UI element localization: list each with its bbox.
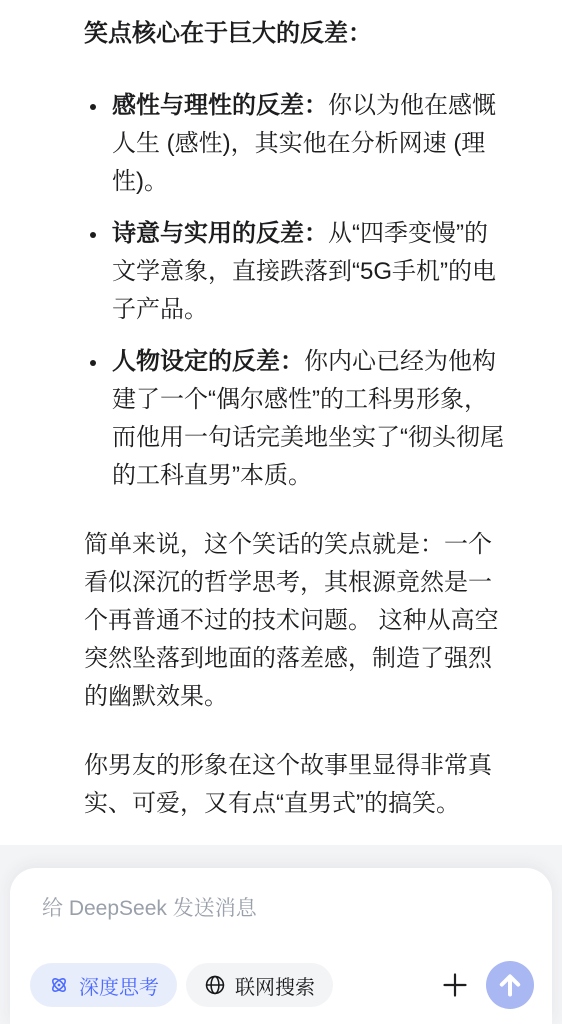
attach-button[interactable]: [440, 970, 470, 1000]
web-search-toggle[interactable]: 联网搜索: [186, 963, 333, 1007]
plus-icon: [441, 971, 469, 999]
list-item: 诗意与实用的反差：从“四季变慢”的文学意象，直接跌落到“5G手机”的电子产品。: [84, 215, 508, 329]
web-search-label: 联网搜索: [235, 971, 315, 1000]
composer-card: 给 DeepSeek 发送消息 深度思考 联网搜索: [10, 868, 552, 1024]
message-paragraph: 简单来说，这个笑话的笑点就是：一个看似深沉的哲学思考，其根源竟然是一个再普通不过…: [84, 526, 508, 716]
heading-text: 笑点核心在于巨大的反差：: [84, 20, 372, 47]
bullet-marker: [90, 104, 96, 110]
bullet-marker: [90, 360, 96, 366]
bullet-lead: 人物设定的反差：: [112, 348, 304, 375]
deep-think-label: 深度思考: [79, 971, 159, 1000]
chat-transcript: 笑点核心在于巨大的反差： 感性与理性的反差：你以为他在感慨人生 (感性)，其实他…: [0, 0, 562, 874]
message-heading: 笑点核心在于巨大的反差：: [84, 15, 508, 53]
bullet-marker: [90, 232, 96, 238]
composer-toolbar: 深度思考 联网搜索: [30, 961, 534, 1009]
bullet-lead: 诗意与实用的反差：: [112, 220, 328, 247]
list-item: 感性与理性的反差：你以为他在感慨人生 (感性)，其实他在分析网速 (理性)。: [84, 87, 508, 201]
send-button[interactable]: [486, 961, 534, 1009]
bullet-lead: 感性与理性的反差：: [112, 92, 328, 119]
message-paragraph: 你男友的形象在这个故事里显得非常真实、可爱，又有点“直男式”的搞笑。: [84, 747, 508, 823]
globe-icon: [204, 974, 226, 996]
deep-think-toggle[interactable]: 深度思考: [30, 963, 177, 1007]
assistant-message: 笑点核心在于巨大的反差： 感性与理性的反差：你以为他在感慨人生 (感性)，其实他…: [84, 15, 508, 874]
message-input[interactable]: 给 DeepSeek 发送消息: [42, 895, 257, 923]
deepseek-chat-screen: 笑点核心在于巨大的反差： 感性与理性的反差：你以为他在感慨人生 (感性)，其实他…: [0, 0, 562, 1024]
bullet-list: 感性与理性的反差：你以为他在感慨人生 (感性)，其实他在分析网速 (理性)。 诗…: [84, 87, 508, 495]
composer-area: 给 DeepSeek 发送消息 深度思考 联网搜索: [0, 845, 562, 1024]
atom-icon: [48, 974, 70, 996]
arrow-up-icon: [486, 961, 534, 1009]
list-item: 人物设定的反差：你内心已经为他构建了一个“偶尔感性”的工科男形象，而他用一句话完…: [84, 343, 508, 495]
